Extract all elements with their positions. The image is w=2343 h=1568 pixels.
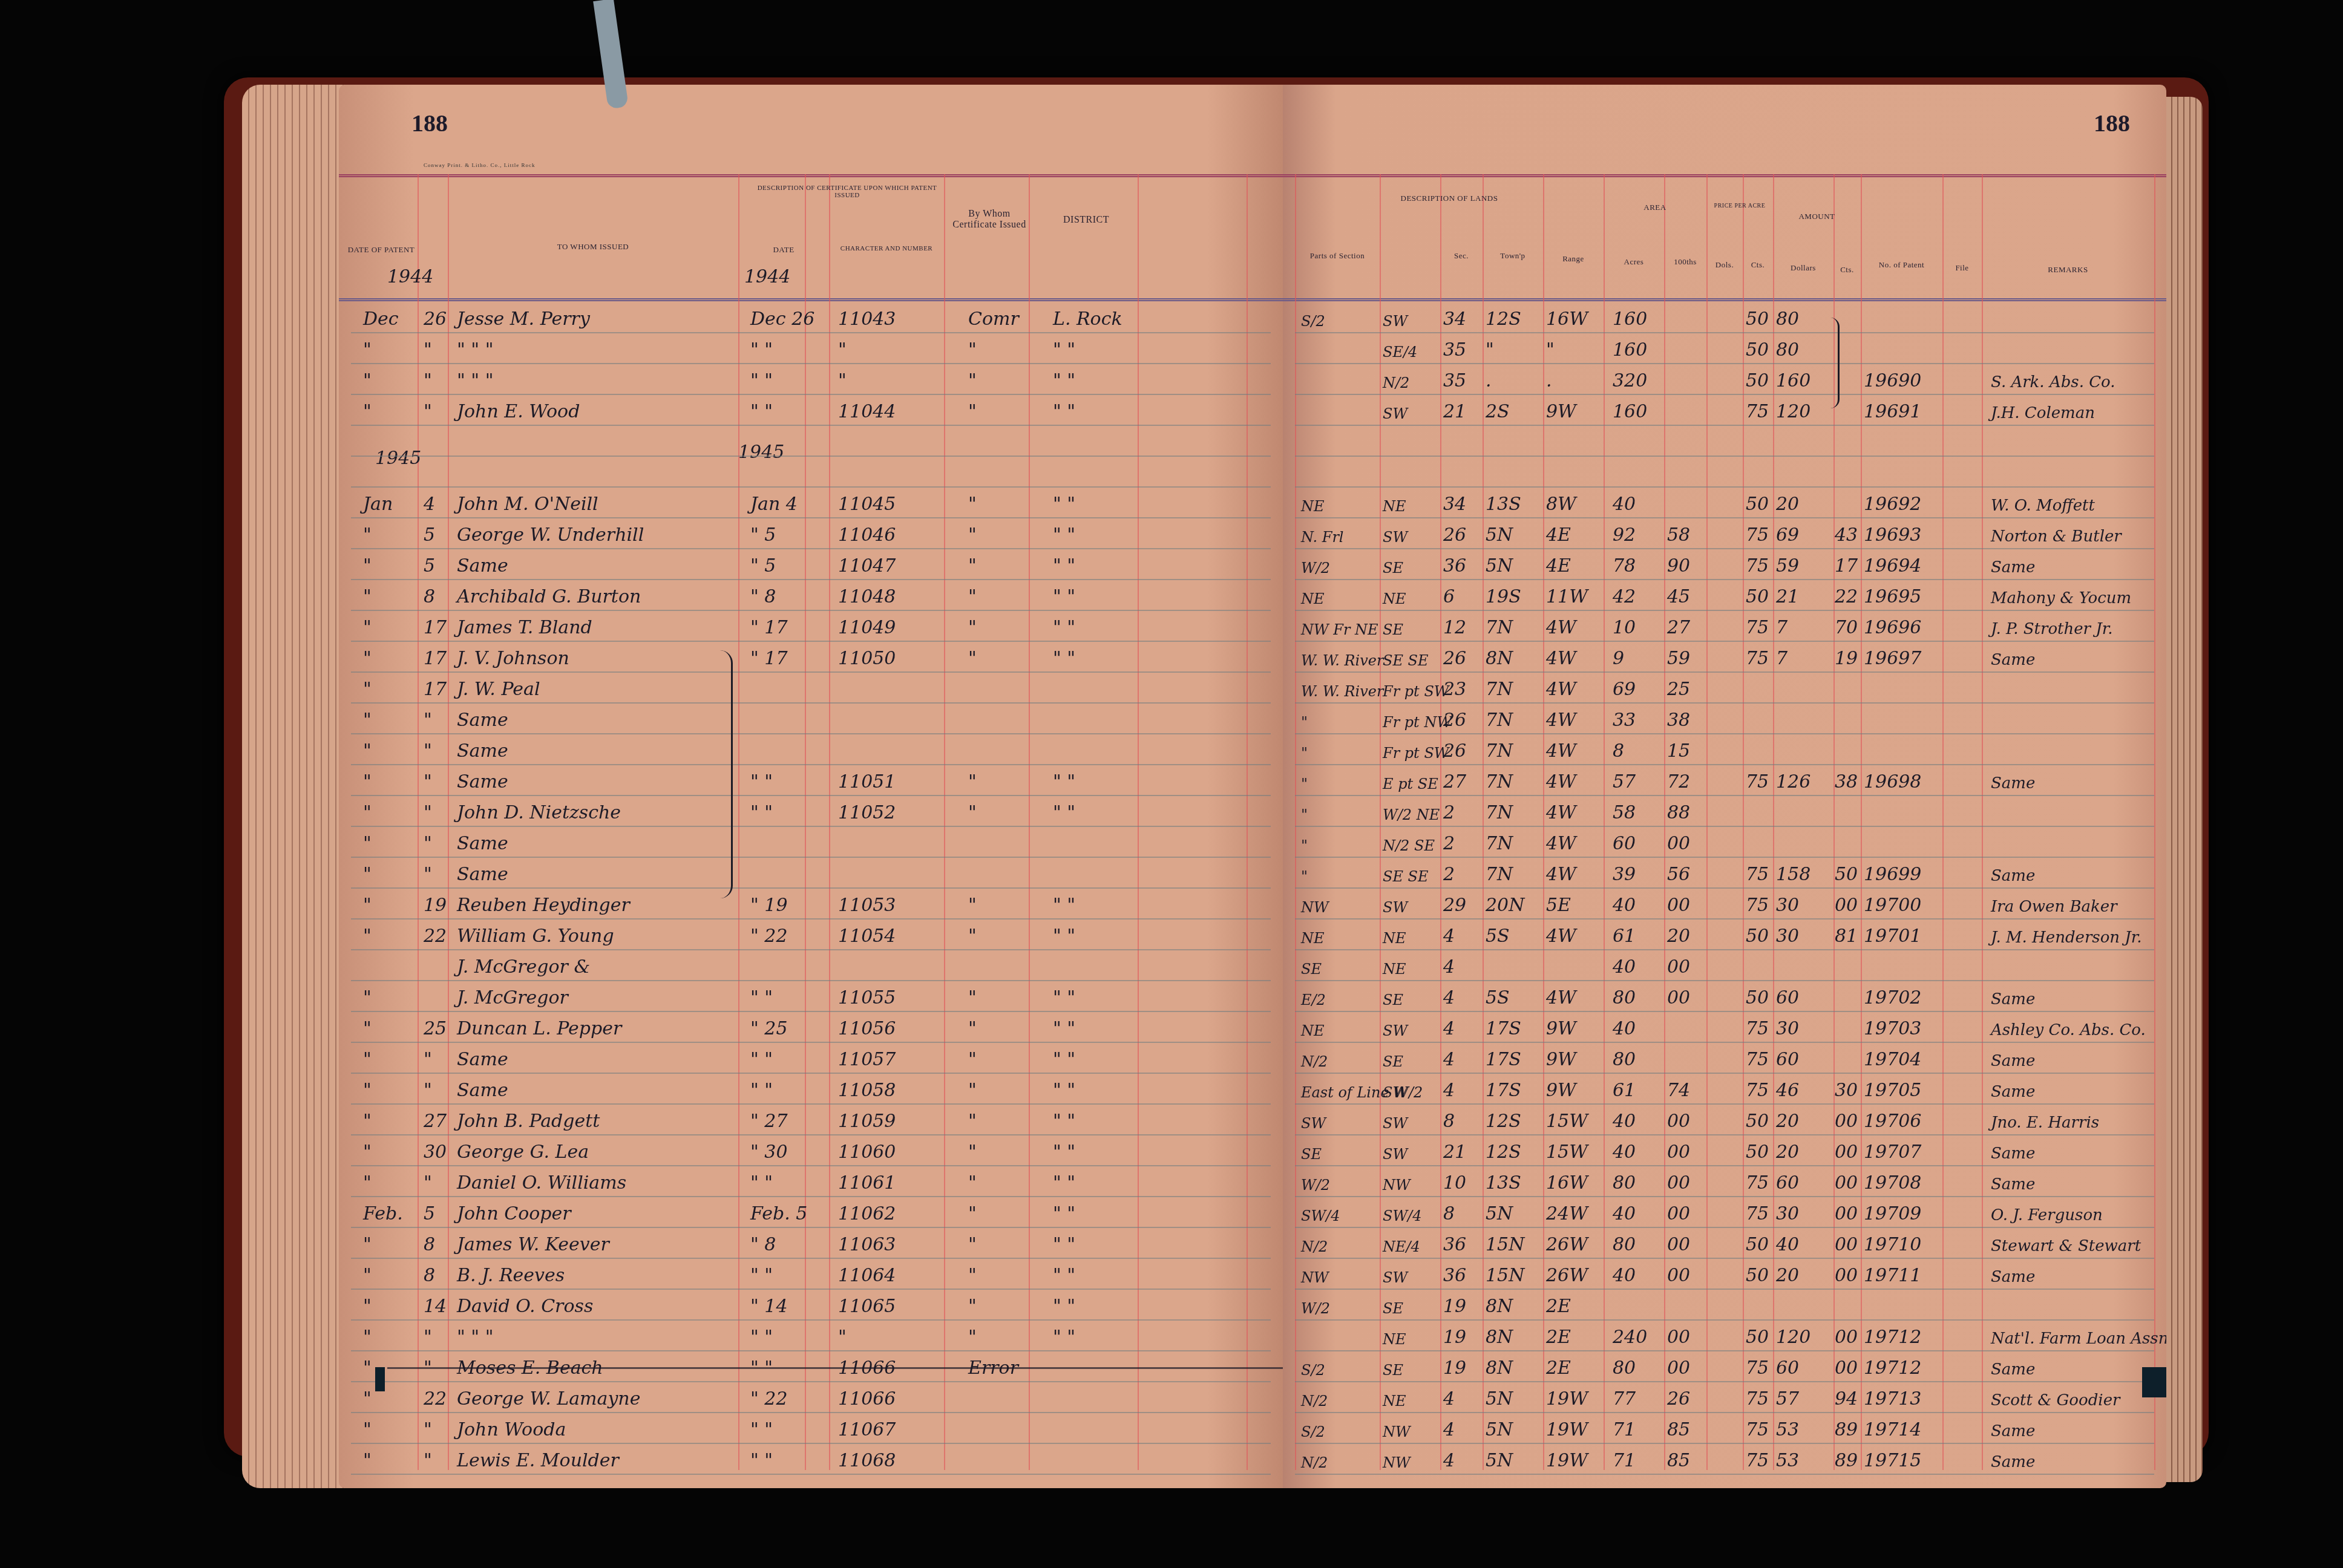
cell-name: J. McGregor & [457,956,590,978]
cell-hun: 25 [1667,679,1690,700]
cell-by: " [968,370,977,391]
cell-day: " [424,1419,432,1440]
cell-day: 17 [424,679,447,700]
cell-cts: 50 [1746,494,1769,515]
table-row: """ " "" """" " [339,364,1283,395]
header-district: DISTRICT [1035,215,1138,226]
cell-district: " " [1053,555,1075,577]
table-row: SW212S9W1607512019691J.H. Coleman [1283,395,2166,426]
cell-num: 11046 [838,524,896,546]
cell-num: 11067 [838,1419,896,1440]
header-date-of-patent: DATE OF PATENT [345,245,418,255]
cell-by: " [968,926,977,947]
cell-num: 11059 [838,1111,896,1132]
cell-sec: 8 [1443,1203,1455,1224]
cell-acres: 240 [1613,1327,1647,1348]
table-row: East of Line W/2SW417S9W617475463019705S… [1283,1074,2166,1105]
cell-amt: 60 [1776,987,1799,1008]
cell-sec: 4 [1443,926,1455,947]
cell-cdate: " 5 [750,524,776,546]
cell-part2: N/2 [1383,374,1409,391]
cell-by: " [968,1049,977,1070]
cell-amtc: 50 [1835,864,1858,885]
header-file: File [1942,263,1982,273]
right-page: 188 DESCRIPTION OF LANDS Parts of Sectio… [1283,85,2166,1488]
cell-cts: 50 [1746,370,1769,391]
cell-cdate: " 17 [750,617,788,638]
cell-acres: 80 [1613,1172,1636,1194]
header-cts: Cts. [1743,260,1773,270]
cell-rng: 19W [1546,1450,1588,1471]
cell-remarks: Same [1991,1052,2035,1070]
cell-hun: 72 [1667,771,1690,792]
cell-rng: 2E [1546,1296,1571,1317]
cell-part: NW [1301,899,1329,916]
cell-by: " [968,648,977,669]
cell-rng: 9W [1546,1018,1576,1039]
cell-amt: 80 [1776,339,1799,361]
cell-month: " [363,679,372,700]
cell-cts: 75 [1746,617,1769,638]
cell-month: " [363,1018,372,1039]
cell-name: Lewis E. Moulder [457,1450,619,1471]
cell-sec: 21 [1443,401,1466,422]
header-dols: Dols. [1706,260,1743,270]
cell-by: " [968,586,977,607]
cell-part2: SW [1383,1146,1407,1163]
cell-amtc: 00 [1835,1203,1858,1224]
cell-num: 11058 [838,1080,896,1101]
cell-part: NE [1301,498,1325,515]
cell-num: 11066 [838,1357,896,1379]
cell-part: NW [1301,1269,1329,1286]
cell-rng: 16W [1546,1172,1588,1194]
cell-cdate: " " [750,1327,773,1348]
cell-rng: 8W [1546,494,1576,515]
cell-twp: 8N [1486,1296,1513,1317]
table-row: SW/4SW/485N24W400075300019709O. J. Fergu… [1283,1197,2166,1228]
cell-twp: 12S [1486,1111,1521,1132]
cell-part: " [1301,868,1308,885]
table-row: SE/435""1605080 [1283,333,2166,364]
cell-remarks: Same [1991,1175,2035,1194]
table-row: E/2SE45S4W8000506019702Same [1283,981,2166,1012]
cell-by: " [968,1234,977,1255]
cell-rng: . [1546,370,1552,391]
table-row: ""Moses E. Beach" "11066Error [339,1351,1283,1382]
header-by-whom: By Whom Certificate Issued [950,209,1029,230]
cell-rng: 16W [1546,309,1588,330]
cell-num: 11063 [838,1234,896,1255]
cell-by: " [968,494,977,515]
cell-day: " [424,1049,432,1070]
cell-amtc: 89 [1835,1450,1858,1471]
cell-patent: 19712 [1864,1327,1921,1348]
cell-rng: 24W [1546,1203,1588,1224]
cell-day: 27 [424,1111,447,1132]
cell-district: " " [1053,339,1075,361]
cell-month: " [363,802,372,823]
cell-part2: W/2 NE [1383,806,1440,823]
table-row: "17J. V. Johnson" 1711050"" " [339,642,1283,673]
cell-patent: 19692 [1864,494,1921,515]
cell-amt: 126 [1776,771,1810,792]
cell-hun: 45 [1667,586,1690,607]
cell-num: 11044 [838,401,896,422]
cell-twp: 5N [1486,1388,1513,1410]
cell-acres: 33 [1613,710,1636,731]
cell-amtc: 00 [1835,1327,1858,1348]
cell-by: " [968,1111,977,1132]
cell-remarks: Same [1991,1361,2035,1379]
cell-district: " " [1053,494,1075,515]
cell-twp: 7N [1486,771,1513,792]
cell-month: " [363,401,372,422]
table-row: ""Same" "11057"" " [339,1043,1283,1074]
cell-amtc: 70 [1835,617,1858,638]
table-row: N/2NE/43615N26W800050400019710Stewart & … [1283,1228,2166,1259]
cell-num: " [838,339,847,361]
cell-rng: 4W [1546,802,1576,823]
cell-rng: 4W [1546,740,1576,762]
cell-acres: 80 [1613,1234,1636,1255]
cell-district: " " [1053,1049,1075,1070]
cell-name: Same [457,771,508,792]
cell-amt: 80 [1776,309,1799,330]
cell-cts: 75 [1746,895,1769,916]
cell-cdate: " " [750,771,773,792]
cell-by: " [968,1172,977,1194]
cell-num: 11053 [838,895,896,916]
cell-twp: . [1486,370,1492,391]
cell-twp: 15N [1486,1234,1524,1255]
cell-acres: 39 [1613,864,1636,885]
cell-cts: 50 [1746,586,1769,607]
cell-amt: 20 [1776,494,1799,515]
cell-cts: 75 [1746,1080,1769,1101]
cell-part: W. W. River [1301,683,1383,700]
cell-acres: 60 [1613,833,1636,854]
cell-month: " [363,1142,372,1163]
cell-hun: 00 [1667,1111,1690,1132]
cell-month: " [363,864,372,885]
cell-patent: 19711 [1864,1265,1921,1286]
index-tab-left [375,1367,385,1391]
amount-brace [1830,318,1840,408]
cell-amt: 7 [1776,617,1788,638]
cell-cts: 50 [1746,926,1769,947]
cell-cts: 75 [1746,1018,1769,1039]
cell-patent: 19713 [1864,1388,1921,1410]
cell-cts: 50 [1746,1111,1769,1132]
table-row [339,426,1283,457]
cell-month: " [363,1327,372,1348]
cell-by: " [968,617,977,638]
cell-day: 17 [424,617,447,638]
cell-cdate: " " [750,1080,773,1101]
cell-acres: 77 [1613,1388,1636,1410]
cell-sec: 4 [1443,1080,1455,1101]
cell-twp: 17S [1486,1018,1521,1039]
cell-name: J. McGregor [457,987,568,1008]
cell-by: " [968,1018,977,1039]
cell-by: " [968,771,977,792]
cell-rng: 4E [1546,555,1571,577]
cell-num: 11050 [838,648,896,669]
cell-part2: SE [1383,991,1403,1008]
table-row: NWSW3615N26W400050200019711Same [1283,1259,2166,1290]
cell-amt: 60 [1776,1172,1799,1194]
cell-part: " [1301,806,1308,823]
cell-amt: 60 [1776,1049,1799,1070]
cell-num: 11052 [838,802,896,823]
cell-name: George G. Lea [457,1142,589,1163]
cell-cdate: " 19 [750,895,788,916]
cell-name: John B. Padgett [457,1111,600,1132]
cell-cdate: " " [750,1049,773,1070]
table-row: ""Same" "11051"" " [339,765,1283,796]
cell-cdate: Feb. 5 [750,1203,807,1224]
cell-hun: 27 [1667,617,1690,638]
cell-rng: 4W [1546,679,1576,700]
cell-part: E/2 [1301,991,1326,1008]
cell-part: " [1301,745,1308,762]
cell-sec: 26 [1443,524,1466,546]
cell-name: J. W. Peal [457,679,540,700]
table-row: ""Same [339,858,1283,889]
cell-sec: 19 [1443,1327,1466,1348]
cell-district: L. Rock [1053,309,1122,330]
cell-name: Archibald G. Burton [457,586,641,607]
table-row: SWSW812S15W400050200019706Jno. E. Harris [1283,1105,2166,1135]
cell-part2: NW [1383,1454,1411,1471]
cell-name: Same [457,1080,508,1101]
cell-remarks: Scott & Goodier [1991,1391,2120,1410]
left-entries: Dec26Jesse M. PerryDec 2611043ComrL. Roc… [339,302,1283,1475]
cell-rng: 2E [1546,1357,1571,1379]
header-dollars: Dollars [1773,263,1833,273]
cell-amt: 158 [1776,864,1810,885]
cell-acres: 40 [1613,1111,1636,1132]
cell-month: Dec [363,309,399,330]
table-row: NE198N2E24000501200019712Nat'l. Farm Loa… [1283,1321,2166,1351]
cell-twp: 7N [1486,617,1513,638]
cell-by: " [968,802,977,823]
cell-patent: 19710 [1864,1234,1921,1255]
cell-part: W. W. River [1301,652,1383,669]
cell-acres: 40 [1613,956,1636,978]
cell-part: SW/4 [1301,1207,1340,1224]
cell-amt: 30 [1776,1203,1799,1224]
cell-amt: 53 [1776,1450,1799,1471]
cell-remarks: Same [1991,1083,2035,1101]
cell-name: " " " [457,339,493,361]
cell-name: James W. Keever [457,1234,609,1255]
cell-part: NE [1301,930,1325,947]
cell-amtc: 00 [1835,1142,1858,1163]
cell-cdate: " " [750,339,773,361]
cell-day: 8 [424,1265,435,1286]
header-township: Town'p [1483,251,1543,261]
cell-cts: 50 [1746,1234,1769,1255]
cell-name: John M. O'Neill [457,494,598,515]
cell-acres: 80 [1613,1357,1636,1379]
table-row: """ " "" """" " [339,1321,1283,1351]
cell-sec: 4 [1443,956,1455,978]
cell-name: B. J. Reeves [457,1265,565,1286]
cell-name: Same [457,1049,508,1070]
cell-part2: NE [1383,590,1406,607]
cell-acres: 57 [1613,771,1636,792]
cell-amtc: 38 [1835,771,1858,792]
cell-part2: E pt SE [1383,776,1438,792]
cell-part: " [1301,837,1308,854]
cell-part2: SW [1383,405,1407,422]
cell-num: 11055 [838,987,896,1008]
cell-month: " [363,740,372,762]
table-row: ""Lewis E. Moulder" "11068 [339,1444,1283,1475]
cell-rng: 4W [1546,926,1576,947]
cell-by: " [968,401,977,422]
cell-day: 14 [424,1296,447,1317]
cell-remarks: Same [1991,558,2035,577]
cell-rng: 4W [1546,771,1576,792]
cell-cdate: " " [750,1357,773,1379]
cell-cts: 75 [1746,555,1769,577]
cell-part2: SW [1383,1269,1407,1286]
cell-num: 11043 [838,309,896,330]
printer-imprint: Conway Print. & Litho. Co., Little Rock [424,162,536,168]
cell-hun: 26 [1667,1388,1690,1410]
cell-month: " [363,1265,372,1286]
cell-cdate: " " [750,1265,773,1286]
cell-acres: 80 [1613,987,1636,1008]
cell-amtc: 19 [1835,648,1858,669]
cell-district: " " [1053,1203,1075,1224]
cell-rng: 4W [1546,617,1576,638]
cell-remarks: S. Ark. Abs. Co. [1991,373,2115,391]
header-price-per-acre: PRICE PER ACRE [1706,203,1773,209]
cell-sec: 4 [1443,1018,1455,1039]
cell-cdate: " " [750,1419,773,1440]
cell-acres: 58 [1613,802,1636,823]
cell-cdate: " 22 [750,926,788,947]
cell-cts: 75 [1746,648,1769,669]
cell-rng: " [1546,339,1555,361]
cell-amt: 20 [1776,1111,1799,1132]
cell-amt: 30 [1776,1018,1799,1039]
cell-amt: 53 [1776,1419,1799,1440]
cell-twp: 8N [1486,1327,1513,1348]
cell-by: " [968,1296,977,1317]
cell-hun: 00 [1667,987,1690,1008]
cell-part2: NW [1383,1177,1411,1194]
cell-cdate: " 8 [750,586,776,607]
cell-num: 11065 [838,1296,896,1317]
cell-month: " [363,524,372,546]
cell-num: 11047 [838,555,896,577]
table-row: "8B. J. Reeves" "11064"" " [339,1259,1283,1290]
cell-month: " [363,1419,372,1440]
cell-acres: 40 [1613,1142,1636,1163]
cell-patent: 19698 [1864,771,1921,792]
cell-cts: 50 [1746,339,1769,361]
cell-cdate: " 8 [750,1234,776,1255]
cell-sec: 19 [1443,1357,1466,1379]
cell-amtc: 22 [1835,586,1858,607]
cell-cdate: Dec 26 [750,309,814,330]
table-row: "30George G. Lea" 3011060"" " [339,1135,1283,1166]
cell-twp: 7N [1486,679,1513,700]
header-lands-group: DESCRIPTION OF LANDS [1295,194,1604,203]
table-row: "17J. W. Peal [339,673,1283,704]
cell-part: S/2 [1301,1423,1325,1440]
cell-hun: 90 [1667,555,1690,577]
cell-district: " " [1053,1142,1075,1163]
table-row: "E pt SE277N4W5772751263819698Same [1283,765,2166,796]
table-row: NESW417S9W40753019703Ashley Co. Abs. Co. [1283,1012,2166,1043]
cell-rng: 9W [1546,1080,1576,1101]
cell-amtc: 43 [1835,524,1858,546]
cell-hun: 88 [1667,802,1690,823]
cell-month: " [363,1388,372,1410]
cell-day: " [424,370,432,391]
cell-cts: 50 [1746,987,1769,1008]
header-acres: Acres [1604,257,1664,267]
cell-sec: 2 [1443,864,1455,885]
table-row: "8Archibald G. Burton" 811048"" " [339,580,1283,611]
table-row: W. W. RiverSE SE268N4W9597571919697Same [1283,642,2166,673]
cell-rng: 4W [1546,833,1576,854]
cell-num: 11056 [838,1018,896,1039]
cell-cts: 50 [1746,309,1769,330]
cell-rng: 26W [1546,1234,1588,1255]
cell-name: Same [457,864,508,885]
cell-district: " " [1053,617,1075,638]
cell-part2: NE [1383,1331,1406,1348]
cell-name: Same [457,710,508,731]
cell-twp: 2S [1486,401,1510,422]
table-row: "Fr pt NW267N4W3338 [1283,704,2166,734]
cell-hun: 00 [1667,1357,1690,1379]
cell-remarks: Mahony & Yocum [1991,589,2131,607]
cell-day: 5 [424,555,435,577]
cell-cts: 50 [1746,1142,1769,1163]
cell-acres: 160 [1613,401,1647,422]
table-row: N/2SE417S9W80756019704Same [1283,1043,2166,1074]
right-entries: S/2SW3412S16W1605080SE/435""1605080N/235… [1283,302,2166,1475]
cell-part2: Fr pt SW [1383,683,1449,700]
ruled-line [351,1474,1271,1475]
left-page: 188 Conway Print. & Litho. Co., Little R… [339,85,1283,1488]
cell-part2: Fr pt NW [1383,714,1452,731]
cell-part: W/2 [1301,560,1330,577]
table-row: W/2SE198N2E [1283,1290,2166,1321]
cell-twp: 17S [1486,1049,1521,1070]
cell-amt: 7 [1776,648,1788,669]
cell-by: " [968,524,977,546]
table-row: ""Same" "11058"" " [339,1074,1283,1105]
cell-month: " [363,1111,372,1132]
cell-day: " [424,339,432,361]
cell-part: N/2 [1301,1053,1328,1070]
table-row: S/2SE198N2E800075600019712Same [1283,1351,2166,1382]
cell-hun: 74 [1667,1080,1690,1101]
cell-hun: 56 [1667,864,1690,885]
cell-amt: 30 [1776,895,1799,916]
table-row: "W/2 NE27N4W5888 [1283,796,2166,827]
cell-num: 11066 [838,1388,896,1410]
